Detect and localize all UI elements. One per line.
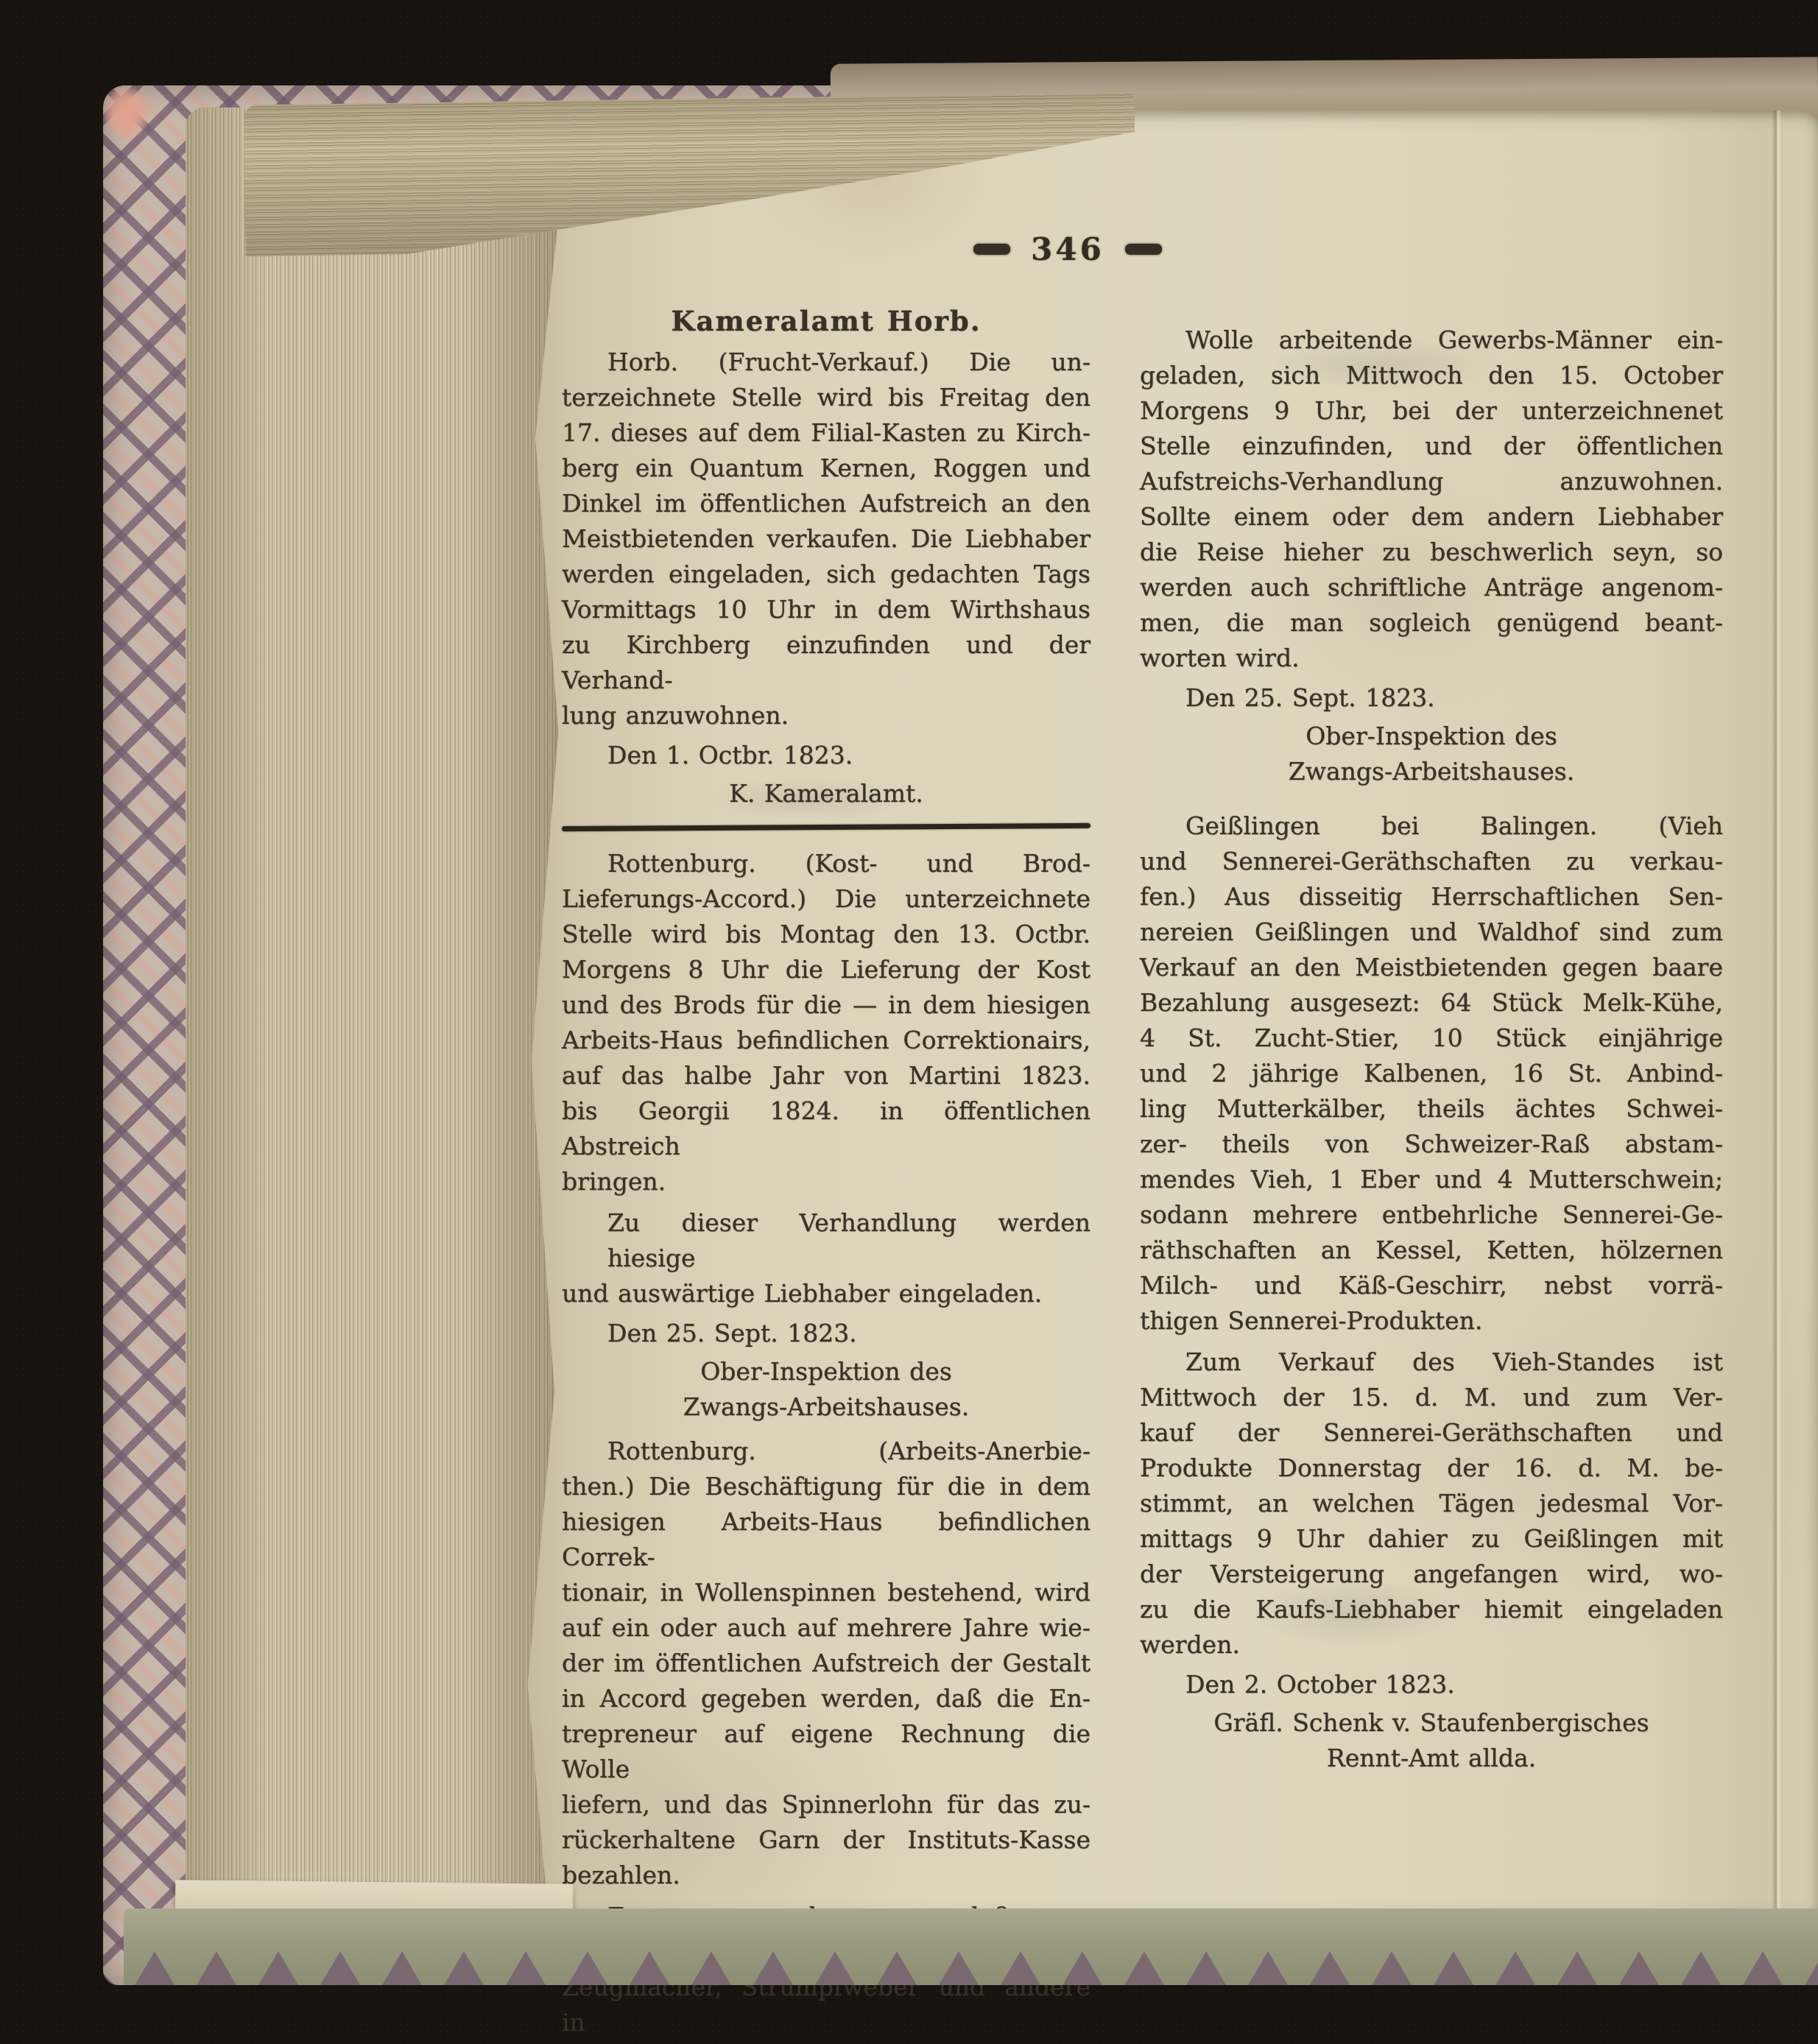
zigzag-triangle [1434,1951,1473,1985]
text-line: terzeichnete Stelle wird bis Freitag den [562,380,1091,415]
signature-line: Gräfl. Schenk v. Staufenbergisches [1140,1705,1723,1741]
text-line: Vormittags 10 Uhr in dem Wirthshaus [562,592,1091,627]
text-line: bezahlen. [562,1858,1091,1893]
zigzag-triangle [506,1951,546,1985]
signature-line: Ober-Inspektion des [1140,719,1723,754]
page-header: 346 [906,231,1230,267]
zigzag-triangle [1619,1951,1659,1985]
text-line: zu die Kaufs-Liebhaber hiemit eingeladen [1140,1592,1723,1627]
zigzag-triangle [691,1951,731,1985]
text-line: Mittwoch der 15. d. M. und zum Ver- [1140,1380,1723,1415]
text-line: 17. dieses auf dem Filial-Kasten zu Kirc… [562,415,1091,451]
text-line: sodann mehrere entbehrliche Sennerei-Ge- [1140,1197,1723,1233]
text-line: men, die man sogleich genügend beant- [1140,605,1723,641]
text-line: und auswärtige Liebhaber eingeladen. [562,1276,1091,1311]
text-line: werden eingeladen, sich gedachten Tags [562,557,1091,592]
zigzag-triangle [197,1951,236,1985]
zigzag-triangle [1186,1951,1226,1985]
text-line: auf ein oder auch auf mehrere Jahre wie- [562,1610,1091,1646]
text-line: Zum Verkauf des Vieh-Standes ist [1140,1345,1723,1380]
text-line: werden auch schriftliche Anträge angenom… [1140,570,1723,605]
text-line: Geißlingen bei Balingen. (Vieh [1140,808,1723,844]
cover-edge-zigzag [124,1909,1818,1985]
dateline: Den 2. October 1823. [1140,1667,1723,1702]
cover-pink-motif [103,85,150,140]
page-number-ornament-right [1125,244,1162,255]
text-line: berg ein Quantum Kernen, Roggen und [562,451,1091,486]
text-line: stimmt, an welchen Tägen jedesmal Vor- [1140,1486,1723,1521]
paragraph: Horb. (Frucht-Verkauf.) Die un-terzeichn… [562,345,1091,733]
text-line: Morgens 9 Uhr, bei der unterzeichnenet [1140,393,1723,429]
page-stack-fore-edge [186,108,570,1942]
zigzag-triangle [320,1951,360,1985]
text-line: mittags 9 Uhr dahier zu Geißlingen mit [1140,1521,1723,1557]
zigzag-triangle [568,1951,607,1985]
text-line: und des Brods für die — in dem hiesigen [562,987,1091,1023]
zigzag-triangle [1001,1951,1040,1985]
paragraph: Wolle arbeitende Gewerbs-Männer ein-gela… [1140,323,1723,676]
text-line: in Accord gegeben werden, daß die En- [562,1681,1091,1716]
text-line: mendes Vieh, 1 Eber und 4 Mutterschwein; [1140,1162,1723,1197]
text-line: then.) Die Beschäftigung für die in dem [562,1469,1091,1504]
zigzag-triangle [1248,1951,1288,1985]
paragraph: Zu dieser Verhandlung werden hiesigeund … [562,1205,1091,1311]
zigzag-triangle [1681,1951,1721,1985]
signature: Ober-Inspektion desZwangs-Arbeitshauses. [1140,719,1723,789]
zigzag-triangle [1743,1951,1783,1985]
zigzag-triangle [753,1951,793,1985]
text-column-right: Wolle arbeitende Gewerbs-Männer ein-gela… [1140,317,1723,1785]
zigzag-triangle [258,1951,298,1985]
zigzag-triangle [1557,1951,1597,1985]
text-line: Verkauf an den Meistbietenden gegen baar… [1140,950,1723,985]
text-line: worten wird. [1140,641,1723,676]
zigzag-triangle [1124,1951,1164,1985]
text-line: kauf der Sennerei-Geräthschaften und [1140,1415,1723,1451]
text-line: Milch- und Käß-Geschirr, nebst vorrä- [1140,1268,1723,1303]
separator-rule [562,823,1091,831]
text-line: räthschaften an Kessel, Ketten, hölzerne… [1140,1233,1723,1268]
zigzag-triangle [382,1951,422,1985]
text-line: Horb. (Frucht-Verkauf.) Die un- [562,345,1091,380]
section-heading: Kameralamt Horb. [562,303,1091,339]
text-line: geladen, sich Mittwoch den 15. October [1140,358,1723,393]
text-line: und 2 jährige Kalbenen, 16 St. Anbind- [1140,1056,1723,1091]
text-line: rückerhaltene Garn der Instituts-Kasse [562,1822,1091,1858]
zigzag-triangle [1372,1951,1412,1985]
text-line: zer- theils von Schweizer-Raß abstam- [1140,1127,1723,1162]
text-line: Wolle arbeitende Gewerbs-Männer ein- [1140,323,1723,358]
text-line: thigen Sennerei-Produkten. [1140,1303,1723,1339]
text-line: trepreneur auf eigene Rechnung die Wolle [562,1716,1091,1787]
signature: Ober-Inspektion desZwangs-Arbeitshauses. [562,1354,1091,1425]
text-line: Stelle einzufinden, und der öffentlichen [1140,429,1723,464]
text-line: nereien Geißlingen und Waldhof sind zum [1140,914,1723,950]
text-column-left: Kameralamt Horb.Horb. (Frucht-Verkauf.) … [562,303,1091,2040]
dateline: Den 25. Sept. 1823. [1140,680,1723,716]
signature-line: Rennt-Amt allda. [1140,1741,1723,1776]
text-line: Arbeits-Haus befindlichen Correktionairs… [562,1023,1091,1058]
text-line: Rottenburg. (Arbeits-Anerbie- [562,1434,1091,1469]
text-line: Morgens 8 Uhr die Lieferung der Kost [562,952,1091,987]
signature-line: Zwangs-Arbeitshauses. [1140,754,1723,789]
page-crease [1772,110,1782,1923]
text-line: Lieferungs-Accord.) Die unterzeichnete [562,881,1091,917]
text-line: fen.) Aus disseitig Herrschaftlichen Sen… [1140,879,1723,914]
text-line: ling Mutterkälber, theils ächtes Schwei- [1140,1091,1723,1127]
text-line: 4 St. Zucht-Stier, 10 Stück einjährige [1140,1021,1723,1056]
text-line: hiesigen Arbeits-Haus befindlichen Corre… [562,1504,1091,1575]
text-line: tionair, in Wollenspinnen bestehend, wir… [562,1575,1091,1610]
text-line: und Sennerei-Geräthschaften zu verkau- [1140,844,1723,879]
text-line: bringen. [562,1164,1091,1199]
text-line: lung anzuwohnen. [562,698,1091,733]
zigzag-triangle [1495,1951,1535,1985]
text-line: Aufstreichs-Verhandlung anzuwohnen. [1140,464,1723,499]
page-number-ornament-left [973,244,1010,255]
text-line: Rottenburg. (Kost- und Brod- [562,846,1091,881]
text-line: Zu dieser Verhandlung werden hiesige [562,1205,1091,1276]
signature: K. Kameralamt. [562,776,1091,811]
zigzag-triangle [135,1951,175,1985]
dateline: Den 1. Octbr. 1823. [562,738,1091,773]
text-line: liefern, und das Spinnerlohn für das zu- [562,1787,1091,1822]
zigzag-triangle [1063,1951,1102,1985]
zigzag-triangle [1805,1951,1818,1985]
zigzag-triangle [1310,1951,1350,1985]
text-line: der Versteigerung angefangen wird, wo- [1140,1557,1723,1592]
text-line: Bezahlung ausgesezt: 64 Stück Melk-Kühe, [1140,985,1723,1021]
signature-line: Zwangs-Arbeitshauses. [562,1389,1091,1425]
signature-line: K. Kameralamt. [562,776,1091,811]
text-line: bis Georgii 1824. in öffentlichen Abstre… [562,1093,1091,1164]
zigzag-triangle [877,1951,917,1985]
paragraph: Geißlingen bei Balingen. (Viehund Senner… [1140,808,1723,1339]
zigzag-triangle [444,1951,484,1985]
text-line: zu Kirchberg einzufinden und der Verhand… [562,627,1091,698]
text-line: Meistbietenden verkaufen. Die Liebhaber [562,521,1091,557]
signature: Gräfl. Schenk v. StaufenbergischesRennt-… [1140,1705,1723,1776]
dateline: Den 25. Sept. 1823. [562,1316,1091,1351]
zigzag-triangle [630,1951,669,1985]
paragraph: Rottenburg. (Kost- und Brod-Lieferungs-A… [562,846,1091,1199]
paragraph: Zum Verkauf des Vieh-Standes istMittwoch… [1140,1345,1723,1663]
page-number: 346 [1031,231,1104,267]
text-line: Produkte Donnerstag der 16. d. M. be- [1140,1451,1723,1486]
text-line: werden. [1140,1627,1723,1663]
text-line: auf das halbe Jahr von Martini 1823. [562,1058,1091,1093]
text-line: Stelle wird bis Montag den 13. Octbr. [562,917,1091,952]
photo-background: + + + + + + + 346 Kameralamt Horb.Horb. … [0,0,1818,2044]
zigzag-triangle [815,1951,855,1985]
signature-line: Ober-Inspektion des [562,1354,1091,1389]
paragraph: Rottenburg. (Arbeits-Anerbie-then.) Die … [562,1434,1091,1893]
text-line: Sollte einem oder dem andern Liebhaber [1140,499,1723,535]
text-line: der im öffentlichen Aufstreich der Gesta… [562,1646,1091,1681]
text-line: Dinkel im öffentlichen Aufstreich an den [562,486,1091,521]
text-line: die Reise hieher zu beschwerlich seyn, s… [1140,535,1723,570]
zigzag-triangle [939,1951,979,1985]
